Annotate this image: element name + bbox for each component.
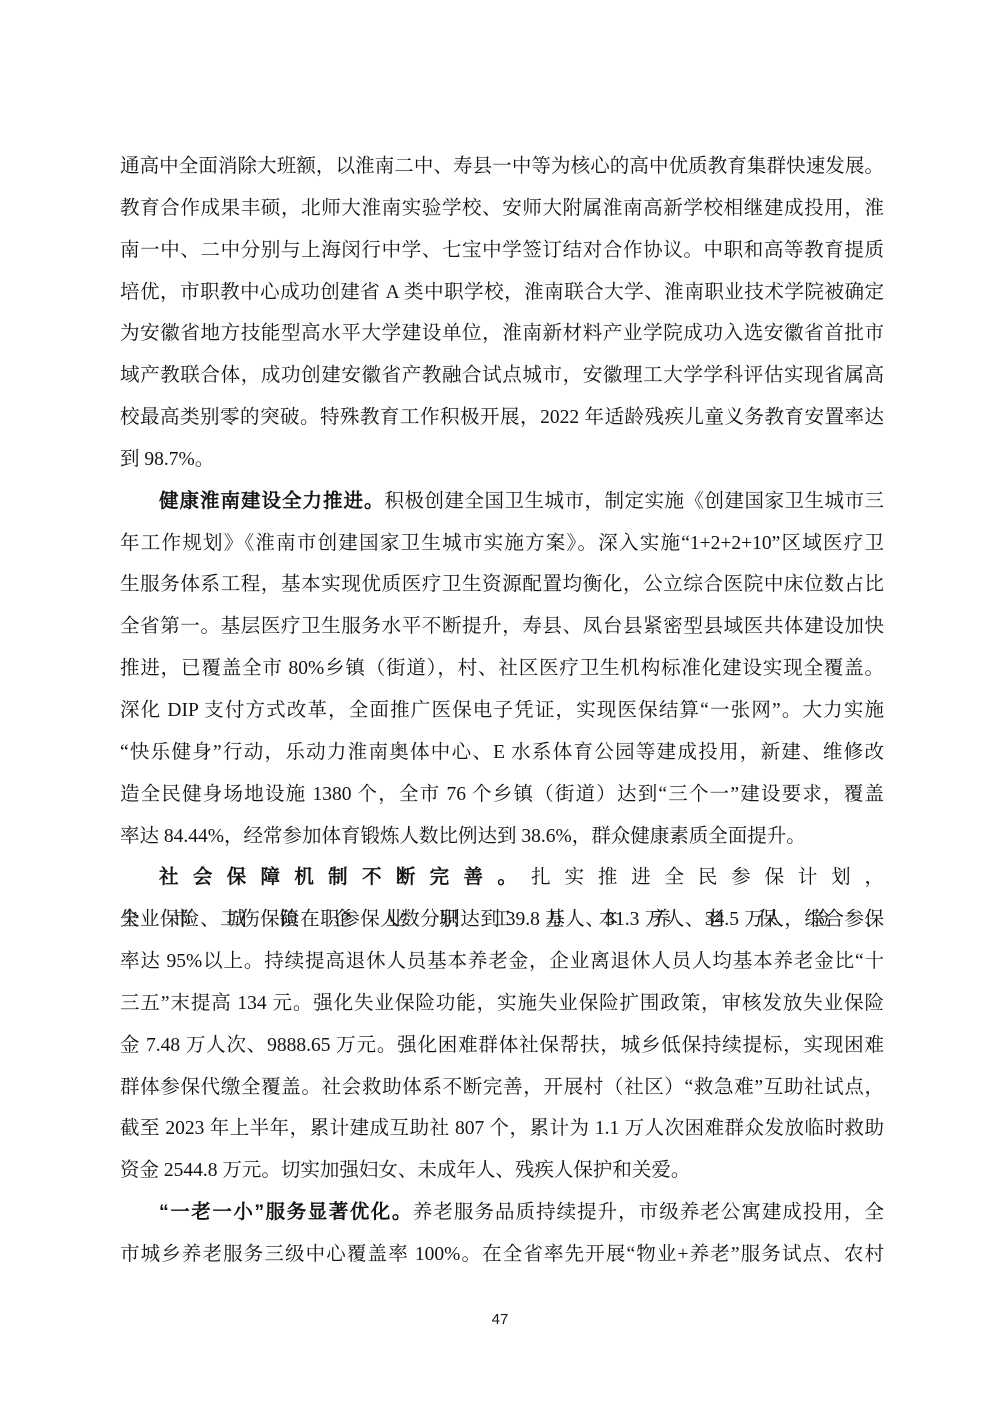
text-line: 金 7.48 万人次、9888.65 万元。强化困难群体社保帮扶，城乡低保持续提… — [120, 1025, 884, 1067]
text-line: 社会保障机制不断完善。扎实推进全民参保计划，全市城镇企业职工基本养老保险、 — [120, 857, 884, 899]
text-line: “快乐健身”行动，乐动力淮南奥体中心、E 水系体育公园等建成投用，新建、维修改 — [120, 732, 884, 774]
document-page: 通高中全面消除大班额，以淮南二中、寿县一中等为核心的高中优质教育集群快速发展。 … — [0, 0, 1000, 1415]
text-line: 生服务体系工程，基本实现优质医疗卫生资源配置均衡化，公立综合医院中床位数占比 — [120, 564, 884, 606]
paragraph: 通高中全面消除大班额，以淮南二中、寿县一中等为核心的高中优质教育集群快速发展。 … — [120, 146, 884, 481]
paragraph-lead: 健康淮南建设全力推进。 — [159, 490, 385, 512]
text-line: 年工作规划》《淮南市创建国家卫生城市实施方案》。深入实施“1+2+2+10”区域… — [120, 523, 884, 565]
paragraph: 社会保障机制不断完善。扎实推进全民参保计划，全市城镇企业职工基本养老保险、 失业… — [120, 857, 884, 1192]
text-line: 造全民健身场地设施 1380 个，全市 76 个乡镇（街道）达到“三个一”建设要… — [120, 774, 884, 816]
text-line: 市城乡养老服务三级中心覆盖率 100%。在全省率先开展“物业+养老”服务试点、农… — [120, 1234, 884, 1276]
text-line: 教育合作成果丰硕，北师大淮南实验学校、安师大附属淮南高新学校相继建成投用，淮 — [120, 188, 884, 230]
text-line: 到 98.7%。 — [120, 439, 884, 481]
text-line: 率达 84.44%，经常参加体育锻炼人数比例达到 38.6%，群众健康素质全面提… — [120, 816, 884, 858]
page-number: 47 — [0, 1311, 1000, 1328]
text-line: 为安徽省地方技能型高水平大学建设单位，淮南新材料产业学院成功入选安徽省首批市 — [120, 313, 884, 355]
text-line: 率达 95%以上。持续提高退休人员基本养老金，企业离退休人员人均基本养老金比“十 — [120, 941, 884, 983]
paragraph-lead: “一老一小”服务显著优化。 — [159, 1201, 413, 1223]
text-run: 养老服务品质持续提升，市级养老公寓建成投用，全 — [413, 1202, 884, 1223]
text-line: 域产教联合体，成功创建安徽省产教融合试点城市，安徽理工大学学科评估实现省属高 — [120, 355, 884, 397]
text-line: 截至 2023 年上半年，累计建成互助社 807 个，累计为 1.1 万人次困难… — [120, 1108, 884, 1150]
text-line: 全省第一。基层医疗卫生服务水平不断提升，寿县、凤台县紧密型县域医共体建设加快 — [120, 606, 884, 648]
text-line: 资金 2544.8 万元。切实加强妇女、未成年人、残疾人保护和关爱。 — [120, 1150, 884, 1192]
text-line: 深化 DIP 支付方式改革，全面推广医保电子凭证，实现医保结算“一张网”。大力实… — [120, 690, 884, 732]
text-line: 失业保险、工伤保险在职参保人数分别达到 39.8 万人、31.3 万人、34.5… — [120, 899, 884, 941]
text-line: 南一中、二中分别与上海闵行中学、七宝中学签订结对合作协议。中职和高等教育提质 — [120, 230, 884, 272]
text-line: 推进，已覆盖全市 80%乡镇（街道），村、社区医疗卫生机构标准化建设实现全覆盖。 — [120, 648, 884, 690]
paragraph-lead: 社会保障机制不断完善。 — [159, 866, 531, 888]
text-run: 积极创建全国卫生城市，制定实施《创建国家卫生城市三 — [385, 491, 884, 512]
paragraph: “一老一小”服务显著优化。养老服务品质持续提升，市级养老公寓建成投用，全 市城乡… — [120, 1192, 884, 1276]
page-text-block: 通高中全面消除大班额，以淮南二中、寿县一中等为核心的高中优质教育集群快速发展。 … — [120, 146, 884, 1276]
text-line: 三五”末提高 134 元。强化失业保险功能，实施失业保险扩围政策，审核发放失业保… — [120, 983, 884, 1025]
paragraph: 健康淮南建设全力推进。积极创建全国卫生城市，制定实施《创建国家卫生城市三 年工作… — [120, 481, 884, 858]
text-line: 校最高类别零的突破。特殊教育工作积极开展，2022 年适龄残疾儿童义务教育安置率… — [120, 397, 884, 439]
text-line: 健康淮南建设全力推进。积极创建全国卫生城市，制定实施《创建国家卫生城市三 — [120, 481, 884, 523]
text-line: 群体参保代缴全覆盖。社会救助体系不断完善，开展村（社区）“救急难”互助社试点， — [120, 1067, 884, 1109]
text-line: 通高中全面消除大班额，以淮南二中、寿县一中等为核心的高中优质教育集群快速发展。 — [120, 146, 884, 188]
text-line: “一老一小”服务显著优化。养老服务品质持续提升，市级养老公寓建成投用，全 — [120, 1192, 884, 1234]
text-line: 培优，市职教中心成功创建省 A 类中职学校，淮南联合大学、淮南职业技术学院被确定 — [120, 272, 884, 314]
